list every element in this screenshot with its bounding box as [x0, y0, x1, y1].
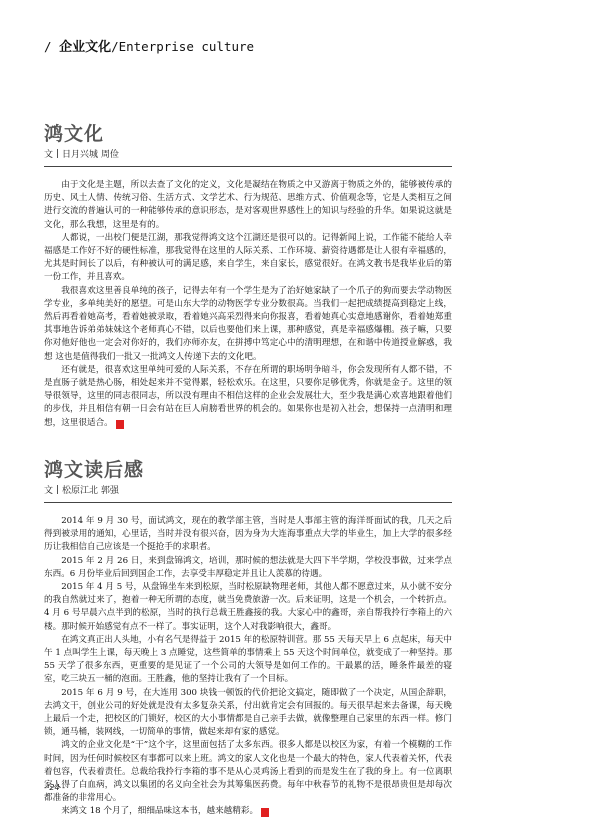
byline-author: 郭强 — [101, 486, 119, 496]
paragraph: 人都说，一出校门便是江湖，那我觉得鸿文这个江湖还是很可以的。记得新闻上说，工作能… — [44, 232, 452, 285]
byline-org: 日月兴城 — [62, 150, 98, 160]
page-number: - 24 - — [44, 783, 65, 792]
paragraph: 我很喜欢这里善良单纯的孩子，记得去年有一个学生是为了治好她家缺了一个爪子的狗而要… — [44, 285, 452, 364]
end-mark-icon: 鸿 — [261, 808, 269, 817]
title-rule — [44, 166, 452, 167]
section-header: / 企业文化/Enterprise culture — [44, 36, 254, 55]
byline-divider — [57, 485, 58, 494]
paragraph: 2015 年 6 月 9 号，在大连用 300 块钱一顿饭的代价把论文搞定，随即… — [44, 687, 452, 740]
section-title-en: /Enterprise culture — [111, 39, 254, 54]
end-mark-icon: 鸿 — [116, 420, 124, 429]
section-title-cn: 企业文化 — [59, 40, 111, 55]
byline: 文松原江北 郭强 — [44, 485, 440, 498]
paragraph: 来鸿文 18 个月了，细细品味这本书，越来越精彩。鸿 — [44, 805, 452, 818]
header-slash: / — [44, 39, 52, 54]
paragraph: 鸿文的企业文化是“干”这个字，这里面包括了太多东西。很多人都是以校区为家，有着一… — [44, 739, 452, 805]
paragraph: 2014 年 9 月 30 号，面试鸿文，现在的教学部主管，当时是人事部主管的海… — [44, 515, 452, 555]
byline-prefix: 文 — [44, 486, 53, 496]
article-body: 由于文化是主题，所以去查了文化的定义，文化是凝结在物质之中又游离于物质之外的，能… — [44, 179, 452, 430]
byline-prefix: 文 — [44, 150, 53, 160]
article-hongwen-review: 鸿文读后感 文松原江北 郭强 2014 年 9 月 30 号，面试鸿文，现在的教… — [44, 458, 440, 819]
article-hongwenhua: 鸿文化 文日月兴城 周俭 由于文化是主题，所以去查了文化的定义，文化是凝结在物质… — [44, 122, 440, 430]
article-body: 2014 年 9 月 30 号，面试鸿文，现在的教学部主管，当时是人事部主管的海… — [44, 515, 452, 819]
paragraph: 在鸿文真正出人头地，小有名气是得益于 2015 年的松原特训营。那 55 天每天… — [44, 634, 452, 687]
paragraph: 2015 年 2 月 26 日，来到盘锦鸿文，培训，那时候的想法就是大四下半学期… — [44, 555, 452, 581]
paragraph-text: 来鸿文 18 个月了，细细品味这本书，越来越精彩。 — [61, 806, 258, 816]
byline: 文日月兴城 周俭 — [44, 149, 440, 162]
paragraph: 由于文化是主题，所以去查了文化的定义，文化是凝结在物质之中又游离于物质之外的，能… — [44, 179, 452, 232]
byline-divider — [57, 149, 58, 158]
article-title: 鸿文读后感 — [44, 458, 440, 482]
article-title: 鸿文化 — [44, 122, 440, 146]
byline-author: 周俭 — [101, 150, 119, 160]
paragraph-text: 还有就是，很喜欢这里单纯可爱的人际关系，不存在所谓的职场明争暗斗，你会发现所有人… — [44, 365, 452, 428]
paragraph: 还有就是，很喜欢这里单纯可爱的人际关系，不存在所谓的职场明争暗斗，你会发现所有人… — [44, 364, 452, 430]
title-rule — [44, 502, 452, 503]
paragraph: 2015 年 4 月 5 号，从盘锦坐车来到松原，当时松原缺物理老师，其他人都不… — [44, 581, 452, 634]
byline-org: 松原江北 — [62, 486, 98, 496]
